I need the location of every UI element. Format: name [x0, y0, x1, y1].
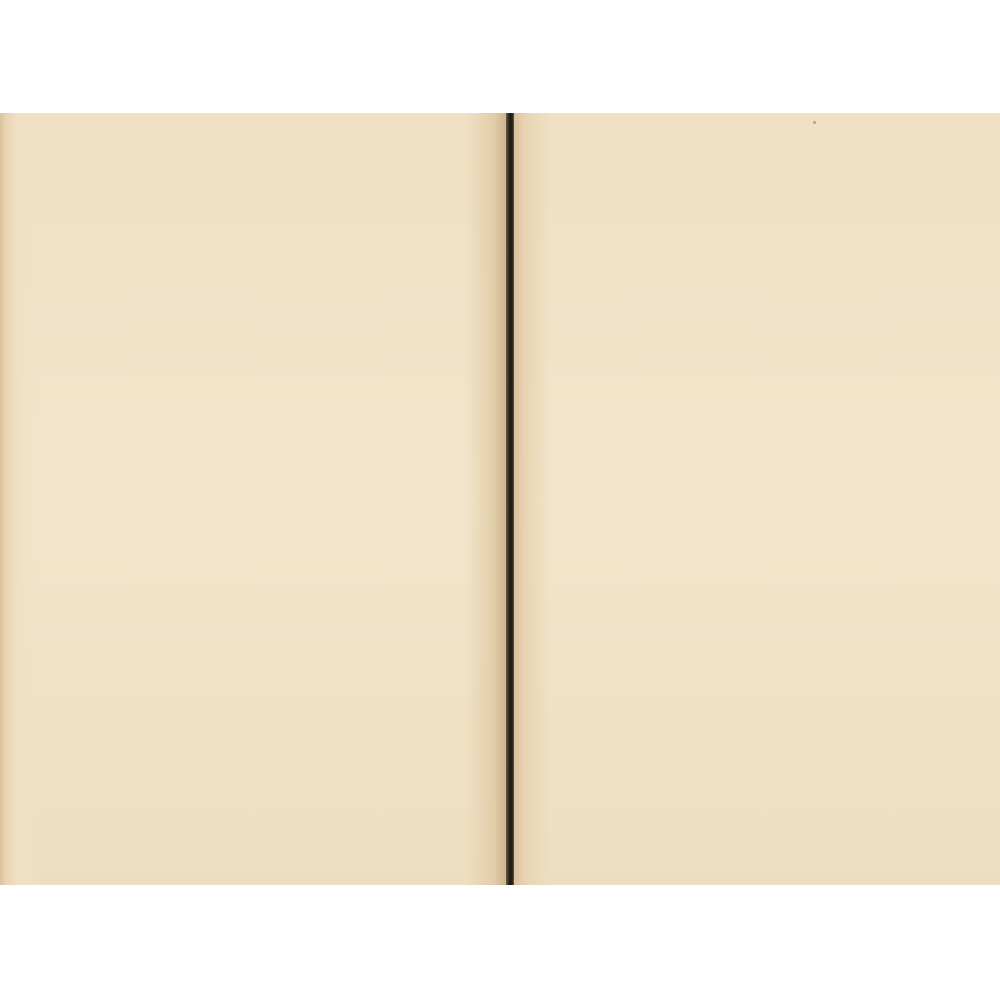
text-line	[62, 163, 476, 179]
text-line	[62, 650, 476, 666]
paper-speck	[813, 121, 816, 124]
text-line	[62, 681, 476, 697]
text-line	[62, 524, 476, 540]
text-line	[62, 634, 476, 650]
text-line	[62, 288, 476, 304]
text-line	[62, 571, 476, 587]
text-line	[62, 194, 476, 210]
right-page	[514, 113, 1000, 885]
text-line	[62, 178, 476, 194]
text-line	[62, 241, 476, 257]
text-line	[62, 556, 476, 572]
text-line	[62, 399, 476, 415]
text-line	[62, 147, 476, 163]
text-line	[62, 477, 476, 493]
text-line	[62, 273, 476, 289]
text-line	[62, 430, 476, 446]
text-line	[62, 210, 476, 226]
text-line	[62, 226, 476, 242]
text-line	[62, 509, 476, 525]
text-line	[62, 619, 476, 635]
text-line	[62, 744, 476, 760]
text-line	[62, 760, 476, 776]
text-line	[62, 336, 476, 352]
open-book	[0, 113, 1000, 885]
text-line	[62, 697, 476, 713]
text-line	[62, 540, 476, 556]
text-line	[62, 461, 476, 477]
text-line	[62, 587, 476, 603]
text-line	[62, 729, 476, 745]
text-line	[62, 446, 476, 462]
text-line	[62, 320, 476, 336]
text-line	[62, 383, 476, 399]
text-line	[62, 351, 476, 367]
text-line	[62, 666, 476, 682]
text-line	[62, 367, 476, 383]
text-line	[62, 257, 476, 273]
text-line	[62, 304, 476, 320]
left-page-text	[62, 147, 476, 776]
text-line	[62, 603, 476, 619]
text-line	[62, 493, 476, 509]
left-page	[0, 113, 508, 885]
text-line	[62, 713, 476, 729]
text-line	[62, 414, 476, 430]
